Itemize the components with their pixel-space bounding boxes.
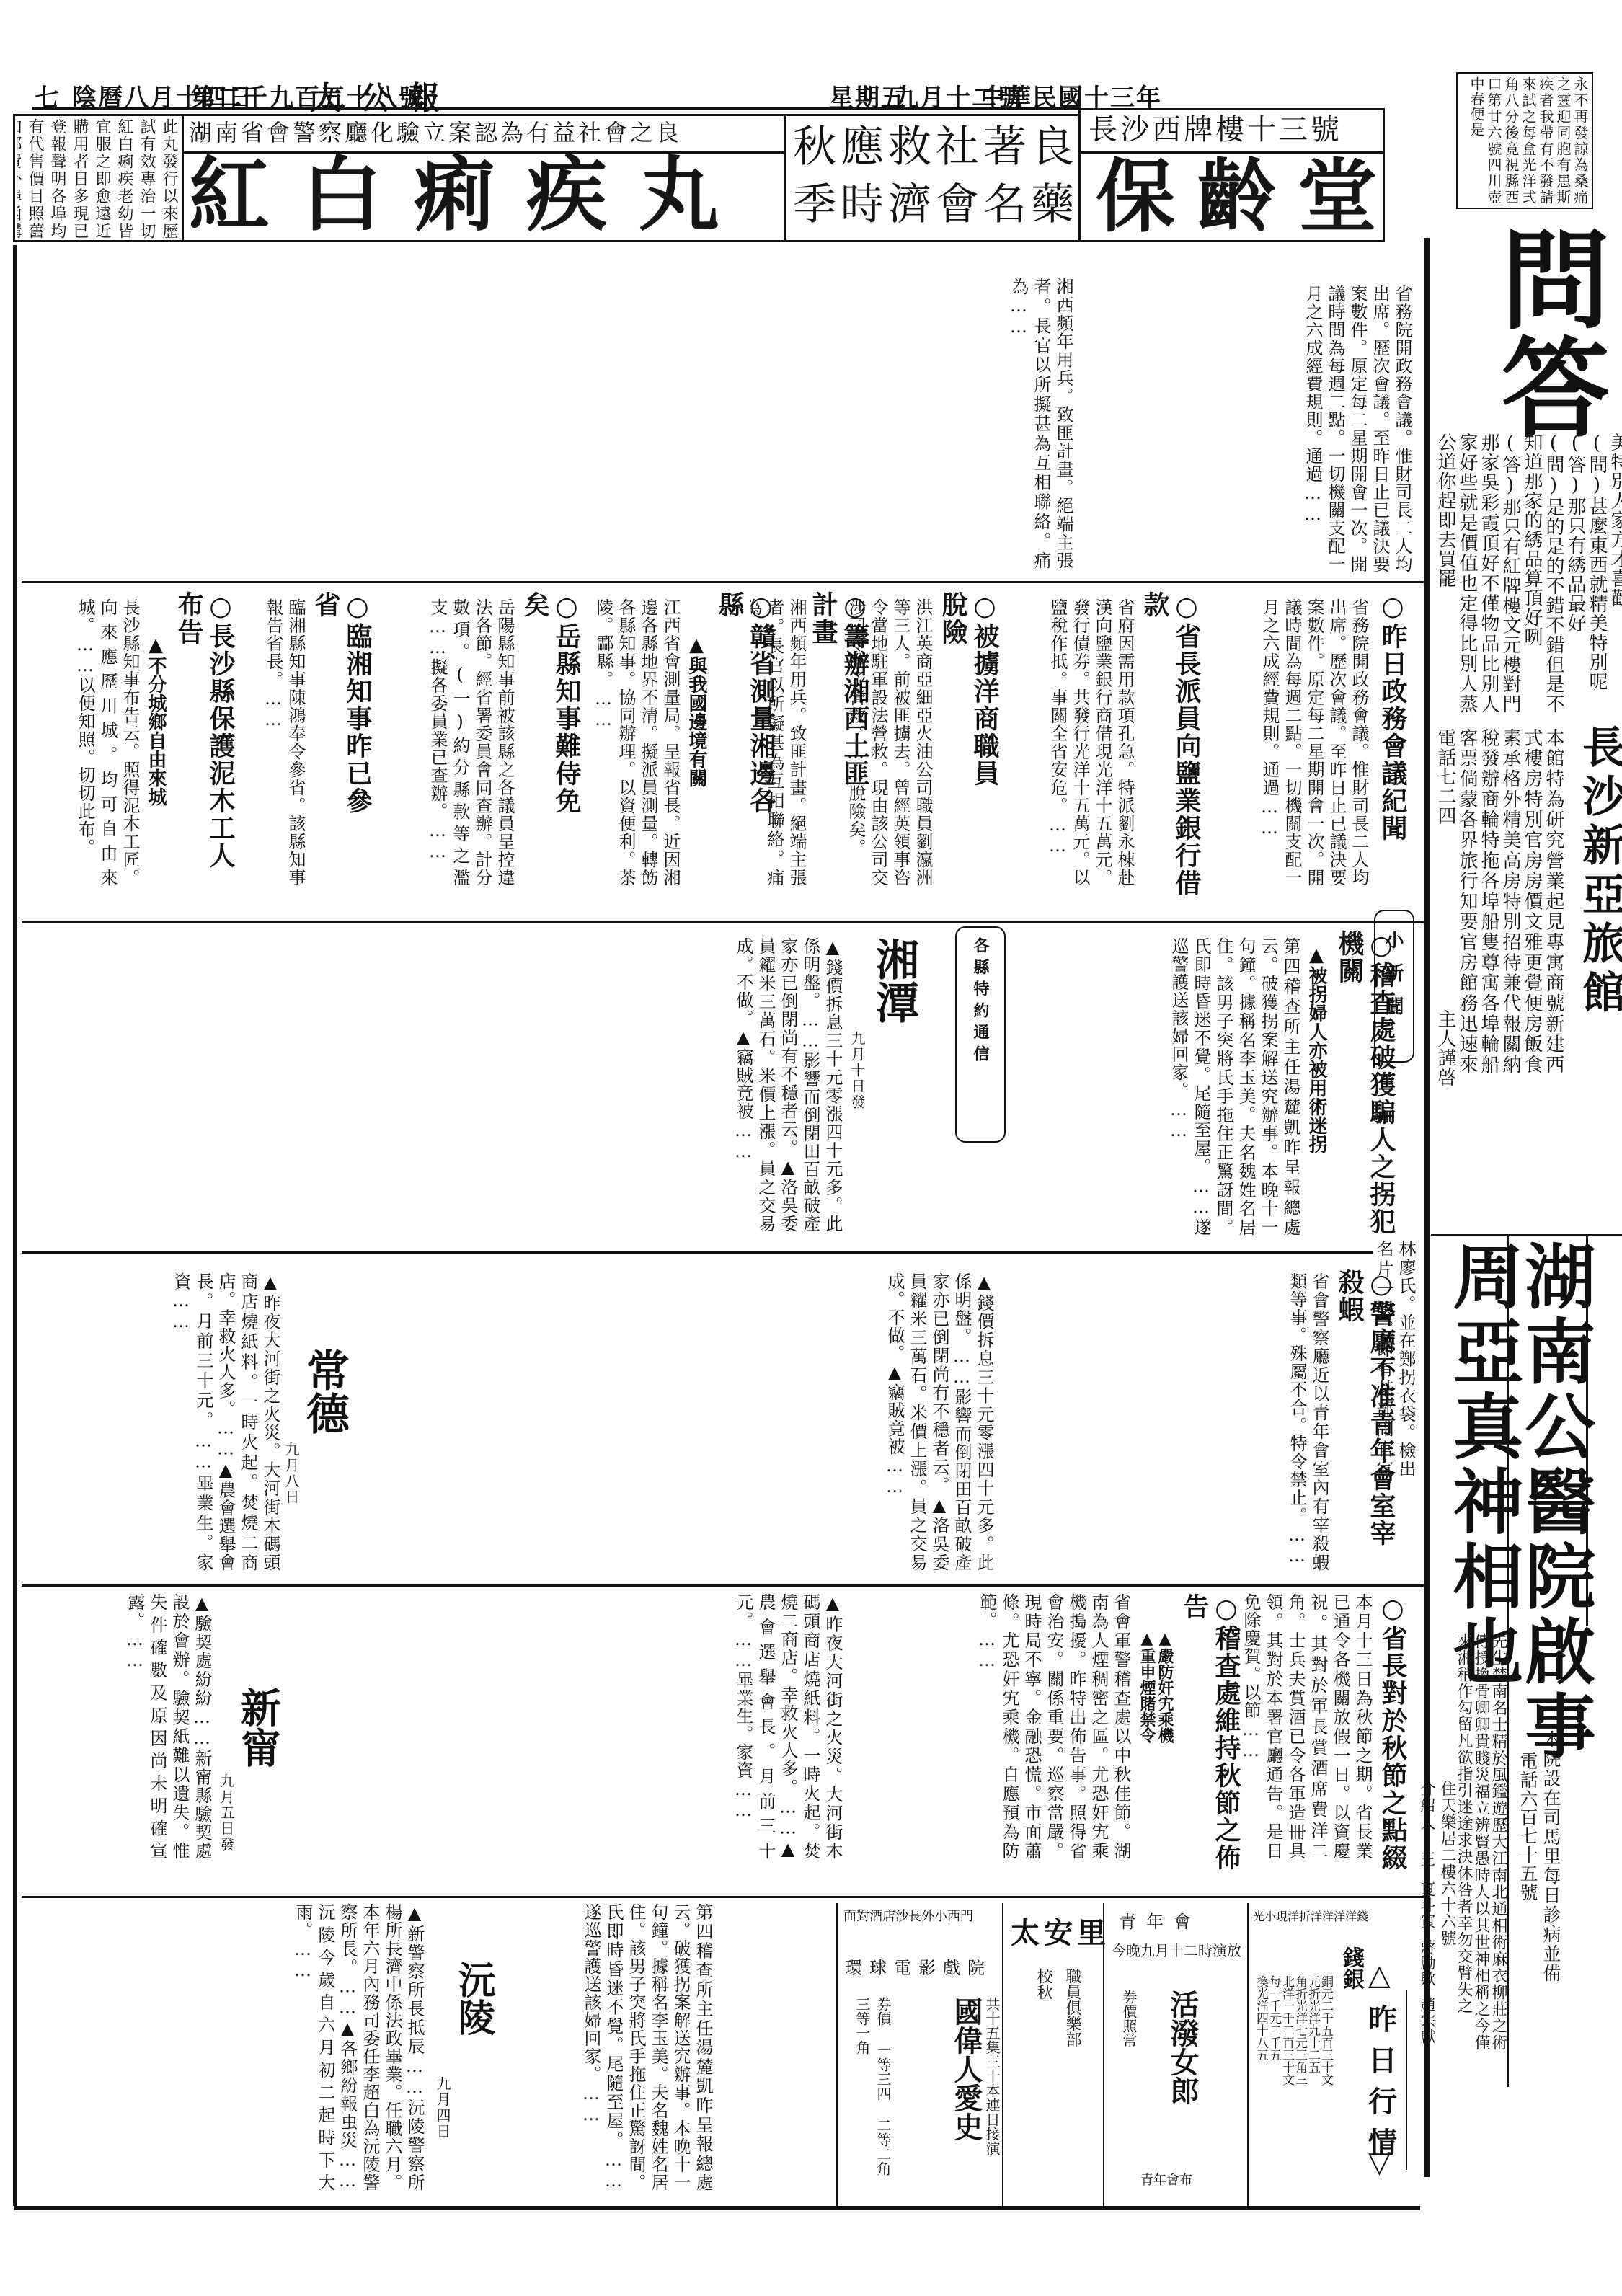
band-rule-5 bbox=[22, 1896, 1424, 1898]
ymca-ad: 青年會 今晚九月十二時演放 活潑女郎 券價照常 青年會布 bbox=[1103, 1903, 1247, 2206]
band-rule-2 bbox=[22, 921, 1424, 923]
band-rule-4 bbox=[22, 1584, 1424, 1587]
pill-ad-divider bbox=[182, 114, 184, 242]
qa-body: 美特別人家方才喜歡 (問)甚麼東西就精美特別呢 (答)那只有綉品最好 (問)是的… bbox=[1435, 433, 1622, 714]
ymca-name: 青年會 bbox=[1119, 1907, 1201, 1933]
xinning-dateline: 九月五日發 bbox=[216, 1773, 237, 1853]
changde-dateline: 九月八日 bbox=[281, 1442, 302, 1505]
xiangtan-body: ▲錢價拆息三十元零漲四十元多。此係明盤。……影響而倒閉田百畝破產家亦已倒閉尚有不… bbox=[22, 937, 843, 1233]
taian-ad: 太安里 職員俱樂部 校秋 bbox=[1002, 1903, 1103, 2206]
corner-ad-text: 永不再發諒為桑痛之靈迎同胞有患斯疾者我帶有不發請來試之每盒光洋弍角八分後竟視縣西… bbox=[1461, 76, 1589, 205]
mid-band-body: ▲錢價拆息三十元零漲四十元多。此係明盤。……影響而倒閉田百畝破產家亦已倒閉尚有不… bbox=[360, 1272, 995, 1572]
band-rule-3 bbox=[22, 1251, 1373, 1254]
xiangtan-place: 湘潭 bbox=[872, 937, 916, 1024]
exchange-header: 光小現洋折洋洋洋洋錢 bbox=[1253, 1907, 1368, 1924]
qa-line: 美特別人家方才喜歡 bbox=[1608, 433, 1622, 714]
pill-ad-header: 湖南省會警察廳化驗立案認為有益社會之良 bbox=[189, 121, 682, 144]
labor-body: 長沙縣知事布告云。照得泥木工匠。向來應歷川城。均可自由來城。……以便知照。切切此… bbox=[22, 598, 141, 887]
labor-headline: ○長沙縣保護泥木工人布告 bbox=[173, 591, 236, 894]
autumn-security-body: 省會軍警稽查處以中秋佳節。湖南為人煙稠密之區。尤恐奸宄乘機搗擾。昨特出佈告事。照… bbox=[851, 1593, 1132, 1860]
youth-assoc-body: 省會警察廳近以青年會室內有宰殺蝦類等事。殊屬不合。特令禁止。…… bbox=[1002, 1272, 1330, 1572]
hotel-body: 本館特為研究營業起見專寓商號新建西式樓房特別官房房價文雅更覺便房飯食素承格外精美… bbox=[1456, 728, 1564, 1074]
market-frame: △ 昨日行情 ▽ bbox=[1362, 1990, 1407, 2170]
autumn-security-subhead-2: ▲重申煙賭禁令 bbox=[1135, 1629, 1158, 1773]
pharmacy-ad-address: 長沙西牌樓十三號 bbox=[1089, 115, 1342, 144]
hotel-title: 長沙新亞旅館 bbox=[1572, 724, 1622, 1019]
yuanling-place: 沅陵 bbox=[454, 1961, 492, 2036]
ymca-film: 活潑女郎 bbox=[1162, 1990, 1203, 2105]
cinema-program: 國偉人愛史 bbox=[946, 1997, 987, 2141]
cinema-name: 環球電影戲院 bbox=[845, 1954, 992, 1979]
physiognomy-address: 住天樂居二樓六十六號 bbox=[1438, 1781, 1458, 2055]
taian-line: 職員俱樂部 bbox=[1061, 1968, 1083, 2047]
labor-subhead: ▲不分城鄉自由來城 bbox=[144, 634, 167, 836]
yuanling-body: ▲新警察所長抵辰……沅陵警察所楊所長濟中係法政畢業。任職六月。本年六月內務司委任… bbox=[22, 1903, 425, 2191]
yuezhou-headline: ○岳縣知事難侍免矣 bbox=[519, 591, 582, 822]
triangle-up-icon: △ bbox=[1368, 1961, 1391, 1990]
abduction-body: 第四稽查所主任湯麓凱昨呈報總處云。破獲拐案解送究辦事。本晚十一句鐘。據稱名李玉美… bbox=[1009, 937, 1301, 1236]
taian-name: 太安里 bbox=[1011, 1910, 1110, 1951]
xinning-body: ▲驗契處紛紛……新甯縣驗契處設於會辦。驗契紙難以遺失。惟失件確數及原因尚未明確宣… bbox=[22, 1593, 213, 1860]
band-rule-1 bbox=[22, 581, 1424, 583]
qa-line: (問)是的是的不錯不錯但是不知道那家的綉品算頂好咧 bbox=[1521, 433, 1564, 714]
society-ad-line1: 秋應救社著良 bbox=[793, 123, 1078, 172]
exchange-row: 換光洋四十八五 bbox=[1252, 1975, 1270, 2061]
xinning-place: 新甯 bbox=[238, 1687, 278, 1768]
xiangxi-headline: ○籌辦湘西土匪計畫 bbox=[807, 591, 871, 807]
fifth-band-body: ▲昨夜大河街之火災。大河街木碼頭商店燒紙料。一時火起。焚燒二商店。幸救火人多。…… bbox=[288, 1593, 843, 1860]
hospital-body: 本院設在司馬里每日診病並備有各種病室便於住院 bbox=[1539, 1730, 1562, 1982]
triangle-down-icon: ▽ bbox=[1368, 2148, 1391, 2177]
cinema-prices: 券價 一等三四 二等二角 三等一角 bbox=[852, 1997, 894, 2199]
introducer: 趙宗獻 bbox=[1421, 1997, 1438, 2047]
top-band-text-left: 湘西頻年用兵。致匪計畫。絕端主張者。長官以所擬甚為互相聯絡。痛為…… bbox=[22, 278, 1074, 569]
hospital-phone: 電話六百七十五號 bbox=[1516, 1752, 1539, 1968]
market-label: 昨日行情 bbox=[1368, 1997, 1407, 2161]
pill-ad-product: 紅白痢疾丸 bbox=[189, 155, 751, 236]
autumn-security-headline: ○稽查處維持秋節之佈告 bbox=[1179, 1593, 1242, 1896]
paper-name: 大公報 bbox=[310, 72, 457, 118]
council-lead-text: 省務院開政務會議。惟財司長二人均出席。歷次會議。至昨日止已議決要案數件。原定每二… bbox=[1081, 285, 1413, 573]
ymca-footer: 青年會布 bbox=[1140, 2170, 1192, 2189]
youth-assoc-headline: ○警廳不准青年會室宰殺蝦 bbox=[1334, 1269, 1397, 1572]
masthead-rule bbox=[32, 107, 1081, 110]
cinema-header: 面對酒店沙長外小西門 bbox=[843, 1906, 973, 1925]
shipping-headline: ○被擄洋商職員脫險 bbox=[937, 591, 1001, 807]
pharmacy-ad-name: 保齡堂 bbox=[1096, 157, 1399, 236]
correspondence-label: 各縣特約通信 bbox=[969, 937, 992, 1125]
ymca-prices: 券價照常 bbox=[1119, 1990, 1140, 2047]
pill-ad-side-text: 此丸發行以來歷試有效專治一切紅白痢疾老幼皆宜服之即愈遠近購用者日多現已登報聲明各… bbox=[17, 118, 180, 239]
physiognomy-introducers: 介紹人 王隆中 夏斗寅 蔣勵歟 趙宗獻 bbox=[1406, 1781, 1438, 2083]
council-body: 省務院開政務會議。惟財司長二人均出席。歷次會議。至昨日止已議決要案數件。原定每二… bbox=[1175, 598, 1370, 887]
qa-title: 問答 bbox=[1485, 223, 1600, 440]
cinema-ad: 面對酒店沙長外小西門 環球電影戲院 國偉人愛史 共十五集三十本連日接演 券價 一… bbox=[836, 1903, 1002, 2206]
xiangtan-dateline: 九月十日發 bbox=[847, 1031, 868, 1110]
introducer: 介紹人 王隆中 bbox=[1421, 1781, 1438, 1867]
hospital-divider bbox=[1586, 1236, 1588, 1626]
ymca-schedule: 今晚九月十二時演放 bbox=[1112, 1939, 1241, 1960]
society-ad-line2: 季時濟會名藥 bbox=[793, 180, 1078, 230]
left-margin-rule bbox=[13, 245, 17, 2206]
hotel-phone: 電話七二四 bbox=[1435, 728, 1456, 944]
abduction-headline: ○稽查處破獲騙人之拐犯機關 bbox=[1334, 930, 1397, 1240]
exchange-title: 錢銀 bbox=[1335, 1946, 1367, 1990]
qa-line: (問)甚麼東西就精美特別呢 bbox=[1586, 433, 1608, 714]
survey-subhead: ▲與我國邊境有關 bbox=[685, 634, 708, 822]
exchange-ad: 光小現洋折洋洋洋洋錢 錢銀 銅元二千五百三十文 元折光洋九十二五 角折光洋七元三… bbox=[1247, 1903, 1362, 2206]
cinema-note: 共十五集三十本連日接演 bbox=[982, 1997, 1003, 2155]
hotel-bottom-rule bbox=[1431, 1234, 1622, 1236]
loan-headline: ○省長派員向鹽業銀行借款 bbox=[1139, 591, 1202, 908]
introducer: 夏斗寅 bbox=[1421, 1881, 1438, 1932]
physiognomy-frame-right bbox=[1507, 1236, 1509, 2087]
taian-line: 校秋 bbox=[1032, 1968, 1055, 2000]
linxiang-headline: ○臨湘知事昨已參省 bbox=[310, 591, 373, 822]
changde-body: ▲昨夜大河街之火災。大河街木碼頭商店燒紙料。一時火起。焚燒二商店。幸救火人多。…… bbox=[22, 1272, 281, 1572]
council-headline: ○昨日政務會議紀聞 bbox=[1377, 591, 1409, 894]
changde-place: 常德 bbox=[303, 1348, 346, 1435]
abduction-subhead: ▲被拐婦人亦被用術迷拐 bbox=[1305, 944, 1328, 1161]
qa-line: (答)那只有綉品最好 bbox=[1564, 433, 1586, 714]
introducer: 蔣勵歟 bbox=[1421, 1939, 1438, 1990]
hotel-sign: 主人謹啓 bbox=[1435, 1009, 1456, 1096]
physiognomy-body: 先生楚南名士精於風鑑遊歷大江南北通相術麻衣柳莊之術傳授換骨卿卿貴賤災福立辨賢愚時… bbox=[1456, 1633, 1507, 2051]
autumn-bonus-headline: ○省長對於秋節之點綴 bbox=[1377, 1593, 1409, 1896]
physiognomy-title: 周亞真神相也 bbox=[1438, 1240, 1517, 1690]
bottom-left-body: 第四稽查所主任湯麓凱昨呈報總處云。破獲拐案解送究辦事。本晚十一句鐘。據稱名李玉美… bbox=[505, 1903, 714, 2191]
page-bottom-rule bbox=[14, 2206, 1420, 2210]
qa-line: (答)那只有紅牌樓文元樓對門那家吳彩霞頂好不僅物品比別人家好些就是價值也定得比別… bbox=[1435, 433, 1521, 714]
yuanling-dateline: 九月四日 bbox=[433, 2076, 453, 2140]
survey-headline: ○贛省測量湘邊各縣 bbox=[714, 591, 777, 822]
